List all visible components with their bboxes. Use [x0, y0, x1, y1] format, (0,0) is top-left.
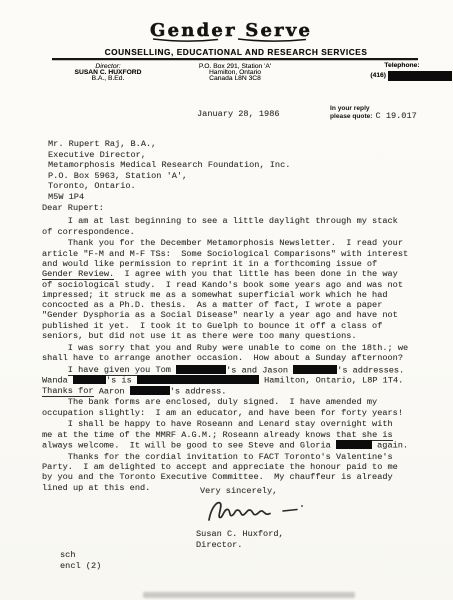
- body-line: published it yet. I took it to Guelph to…: [42, 321, 434, 331]
- body-text: 's and Jason: [226, 365, 293, 375]
- body-text: 's addresses.: [337, 365, 404, 375]
- body-line: Thank you for the December Metamorphosis…: [42, 238, 434, 248]
- body-text: shall have to arrange another occasion. …: [42, 353, 403, 363]
- reply-note: In your reply please quote: C 19.017: [330, 105, 417, 120]
- underlined-text: Thanks for: [42, 386, 94, 397]
- body-line: "Gender Dysphoria as a Social Disease" n…: [42, 310, 434, 320]
- body-line: me at the time of the MMRF A.G.M.; Rosea…: [42, 430, 434, 440]
- org-address-block: P.O. Box 291, Station 'A' Hamilton, Onta…: [172, 64, 298, 82]
- body-text: again.: [372, 441, 408, 451]
- recipient-line: Mr. Rupert Raj, B.A.,: [48, 139, 290, 150]
- body-text: Thanks for the cordial invitation to FAC…: [42, 452, 393, 462]
- body-line: seniors, but did not use it as there wer…: [42, 331, 434, 341]
- body-text: Hamilton, Ontario, L8P 1T4.: [259, 376, 403, 386]
- body-text: 's is: [106, 376, 137, 386]
- recipient-line: Executive Director,: [48, 150, 290, 161]
- letter-body-block: Dear Rupert: I am at last beginning to s…: [42, 203, 434, 495]
- body-text: by you and the Toronto Executive Committ…: [42, 472, 393, 482]
- body-line: concocted as a Ph.D. thesis. As a matter…: [42, 300, 434, 310]
- salutation: Dear Rupert:: [42, 203, 434, 213]
- redaction-bar: [130, 386, 170, 395]
- body-text: The bank forms are enclosed, duly signed…: [42, 397, 377, 407]
- body-text: 's address.: [170, 386, 227, 396]
- telephone-area-code: (416): [370, 73, 386, 79]
- recipient-line: P.O. Box 5963, Station 'A',: [48, 171, 290, 182]
- body-text: Party. I am delighted to accept and appr…: [42, 462, 398, 472]
- body-text: Thank you for the December Metamorphosis…: [42, 238, 403, 248]
- body-line: I am at last beginning to see a little d…: [42, 216, 434, 226]
- body-line: of correspondence.: [42, 227, 434, 237]
- signature-name: Susan C. Huxford,: [196, 529, 284, 539]
- body-text: concocted as a Ph.D. thesis. As a matter…: [42, 300, 382, 310]
- gender-serve-logo: Gender Serve: [146, 16, 314, 46]
- body-line: occupation slightly: I am an educator, a…: [42, 408, 434, 418]
- letter-page: Gender Serve COUNSELLING, EDUCATIONAL AN…: [0, 0, 453, 600]
- redaction-bar: [73, 375, 106, 384]
- typist-initials: sch: [60, 550, 75, 560]
- letter-date: January 28, 1986: [197, 109, 280, 119]
- body-line: Thanks for Aaron 's address.: [42, 386, 434, 396]
- body-text: lined up at this end.: [42, 483, 150, 493]
- scan-artifact-bar: [143, 592, 355, 598]
- body-line: Party. I am delighted to accept and appr…: [42, 462, 434, 472]
- body-line: article "F-M and M-F TSs: Some Sociologi…: [42, 249, 434, 259]
- body-text: Aaron: [94, 386, 130, 396]
- recipient-line: Toronto, Ontario.: [48, 181, 290, 192]
- body-paragraph: Thank you for the December Metamorphosis…: [42, 238, 434, 341]
- body-paragraph: I have given you Tom 's and Jason 's add…: [42, 365, 434, 396]
- telephone-block: Telephone: (416): [352, 63, 452, 81]
- body-line: always welcome. It will be good to see S…: [42, 440, 434, 450]
- body-text: impressed; it struck me as a somewhat su…: [42, 290, 388, 300]
- body-paragraph: I am at last beginning to see a little d…: [42, 216, 434, 237]
- body-text: [42, 365, 68, 375]
- reply-note-line2: please quote: C 19.017: [330, 113, 417, 121]
- org-address-line3: Canada L8N 3C8: [172, 76, 298, 82]
- body-text: of sociological study. I read Kando's bo…: [42, 280, 403, 290]
- reply-code: C 19.017: [376, 113, 417, 121]
- redaction-bar: [137, 375, 259, 384]
- reply-quote-label: please quote:: [330, 113, 373, 121]
- body-line: Wanda 's is Hamilton, Ontario, L8P 1T4.: [42, 375, 434, 385]
- body-line: The bank forms are enclosed, duly signed…: [42, 397, 434, 407]
- body-text: article "F-M and M-F TSs: Some Sociologi…: [42, 249, 408, 259]
- body-line: impressed; it struck me as a somewhat su…: [42, 290, 434, 300]
- letter-body: I am at last beginning to see a little d…: [42, 216, 434, 493]
- body-text: and would like permission to reprint it …: [42, 259, 377, 269]
- body-text: I was sorry that you and Ruby were unabl…: [42, 343, 408, 353]
- body-line: by you and the Toronto Executive Committ…: [42, 472, 434, 482]
- body-text: seniors, but did not use it as there wer…: [42, 331, 357, 341]
- body-text: I am at last beginning to see a little d…: [42, 216, 398, 226]
- body-paragraph: The bank forms are enclosed, duly signed…: [42, 397, 434, 418]
- redaction-bar: [176, 365, 226, 374]
- body-text: I shall be happy to have Roseann and Len…: [42, 419, 393, 429]
- recipient-address: Mr. Rupert Raj, B.A.,Executive Director,…: [48, 139, 290, 203]
- body-line: I shall be happy to have Roseann and Len…: [42, 419, 434, 429]
- signature-title: Director.: [196, 540, 242, 550]
- letterhead-tagline: COUNSELLING, EDUCATIONAL AND RESEARCH SE…: [52, 47, 420, 57]
- recipient-line: Metamorphosis Medical Research Foundatio…: [48, 160, 290, 171]
- handwritten-signature: [203, 496, 313, 528]
- body-text: always welcome. It will be good to see S…: [42, 441, 336, 451]
- body-line: shall have to arrange another occasion. …: [42, 353, 434, 363]
- body-text: Wanda: [42, 376, 73, 386]
- enclosure-note: encl (2): [60, 561, 101, 571]
- body-text: "Gender Dysphoria as a Social Disease" n…: [42, 310, 398, 320]
- body-line: and would like permission to reprint it …: [42, 259, 434, 269]
- body-paragraph: I was sorry that you and Ruby were unabl…: [42, 343, 434, 364]
- body-line: of sociological study. I read Kando's bo…: [42, 280, 434, 290]
- recipient-line: M5W 1P4: [48, 192, 290, 203]
- body-line: I have given you Tom 's and Jason 's add…: [42, 365, 434, 375]
- body-line: Thanks for the cordial invitation to FAC…: [42, 452, 434, 462]
- body-text: of correspondence.: [42, 227, 135, 237]
- body-paragraph: I shall be happy to have Roseann and Len…: [42, 419, 434, 450]
- logo-text: Gender Serve: [150, 20, 310, 41]
- body-text: occupation slightly: I am an educator, a…: [42, 408, 403, 418]
- telephone-number-row: (416): [352, 71, 452, 82]
- redaction-bar: [293, 365, 337, 374]
- telephone-redaction-bar: [388, 71, 452, 82]
- body-text: me at the time of the MMRF A.G.M.; Rosea…: [42, 430, 336, 440]
- director-credentials: B.A., B.Ed.: [52, 76, 164, 82]
- body-text: I agree with you that little has been do…: [114, 269, 398, 279]
- body-text: published it yet. I took it to Guelph to…: [42, 321, 382, 331]
- valediction: Very sincerely,: [200, 486, 277, 496]
- body-line: Gender Review. I agree with you that lit…: [42, 269, 434, 279]
- letterhead-rule: [52, 58, 418, 60]
- body-line: I was sorry that you and Ruby were unabl…: [42, 343, 434, 353]
- redaction-bar: [336, 440, 372, 449]
- director-block: Director: SUSAN C. HUXFORD B.A., B.Ed.: [52, 64, 164, 82]
- telephone-label: Telephone:: [352, 63, 452, 69]
